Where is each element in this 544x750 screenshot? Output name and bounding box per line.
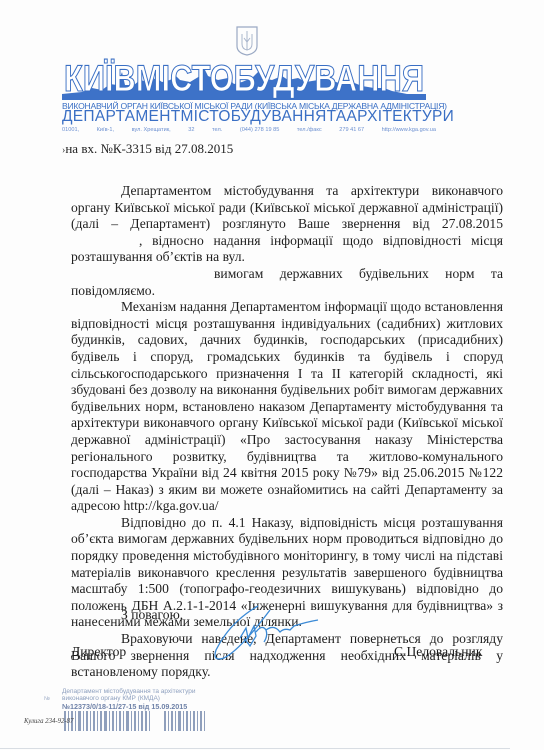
kyivmistobuduvannia-logo: КИЇВМІСТОБУДУВАННЯ bbox=[62, 58, 426, 100]
barcode-icon bbox=[64, 711, 220, 731]
department-title: ДЕПАРТАМЕНТ МІСТОБУДУВАННЯ ТА АРХІТЕКТУР… bbox=[62, 108, 436, 126]
website-link[interactable]: http://www.kga.gov.ua bbox=[382, 127, 436, 133]
stamp-reg-number: №12373/0/18-11/27-15 від 15.09.2015 bbox=[62, 702, 187, 711]
street: вул. Хрещатик, bbox=[132, 127, 171, 133]
tel-label: тел. bbox=[212, 127, 222, 133]
dept-word: МІСТОБУДУВАННЯ bbox=[180, 108, 326, 126]
stamp-dept: Департамент містобудування та архітектур… bbox=[62, 688, 196, 695]
paragraph-1: Департаментом містобудування та архітект… bbox=[71, 183, 503, 266]
paragraph-2: Механізм надання Департаментом інформаці… bbox=[71, 299, 503, 515]
fax-label: тел./факс bbox=[297, 127, 322, 133]
p1-part-c: вимогам державних будівельних норм та bbox=[214, 266, 503, 281]
dept-word: ДЕПАРТАМЕНТ bbox=[62, 108, 180, 126]
svg-text:КИЇВМІСТОБУДУВАННЯ: КИЇВМІСТОБУДУВАННЯ bbox=[64, 58, 424, 99]
city: Київ-1, bbox=[97, 127, 114, 133]
reference-text: на вх. №К-3315 від 27.08.2015 bbox=[65, 141, 233, 156]
signatory-name: С.Целовальник bbox=[394, 644, 482, 660]
page-edge-divider bbox=[0, 748, 510, 749]
stamp-org: виконавчого органу КМР (КМДА) bbox=[62, 695, 160, 702]
p1-part-a: Департаментом містобудування та архітект… bbox=[71, 183, 503, 231]
stamp-number-label: № bbox=[44, 696, 50, 702]
signatory-title: Директор bbox=[71, 644, 126, 660]
dept-word: АРХІТЕКТУРИ bbox=[347, 108, 455, 126]
paragraph-1-cont: вимогам державних будівельних норм та bbox=[71, 266, 503, 283]
postcode: 01001, bbox=[62, 127, 79, 133]
letter-page: КИЇВМІСТОБУДУВАННЯ ВИКОНАВЧИЙ ОРГАН КИЇВ… bbox=[0, 0, 544, 750]
tel: (044) 278 19 85 bbox=[240, 127, 280, 133]
contact-line: 01001, Київ-1, вул. Хрещатик, 32 тел. (0… bbox=[62, 127, 436, 133]
dept-word: ТА bbox=[327, 108, 347, 126]
handwritten-signature bbox=[210, 602, 320, 664]
salutation: З повагою, bbox=[121, 607, 183, 623]
p1-part-b: , відносно надання інформації щодо відпо… bbox=[71, 233, 503, 265]
paragraph-1-end: повідомляємо. bbox=[71, 283, 503, 300]
coat-of-arms-icon bbox=[236, 26, 258, 56]
registration-stamp: Департамент містобудування та архітектур… bbox=[44, 688, 244, 736]
reference-line: ›на вх. №К-3315 від 27.08.2015 bbox=[62, 141, 233, 157]
p1-part-d: повідомляємо. bbox=[71, 283, 155, 298]
executor-phone-note: Кулига 234-92-87 bbox=[24, 718, 73, 725]
building: 32 bbox=[188, 127, 194, 133]
fax: 279 41 67 bbox=[339, 127, 364, 133]
